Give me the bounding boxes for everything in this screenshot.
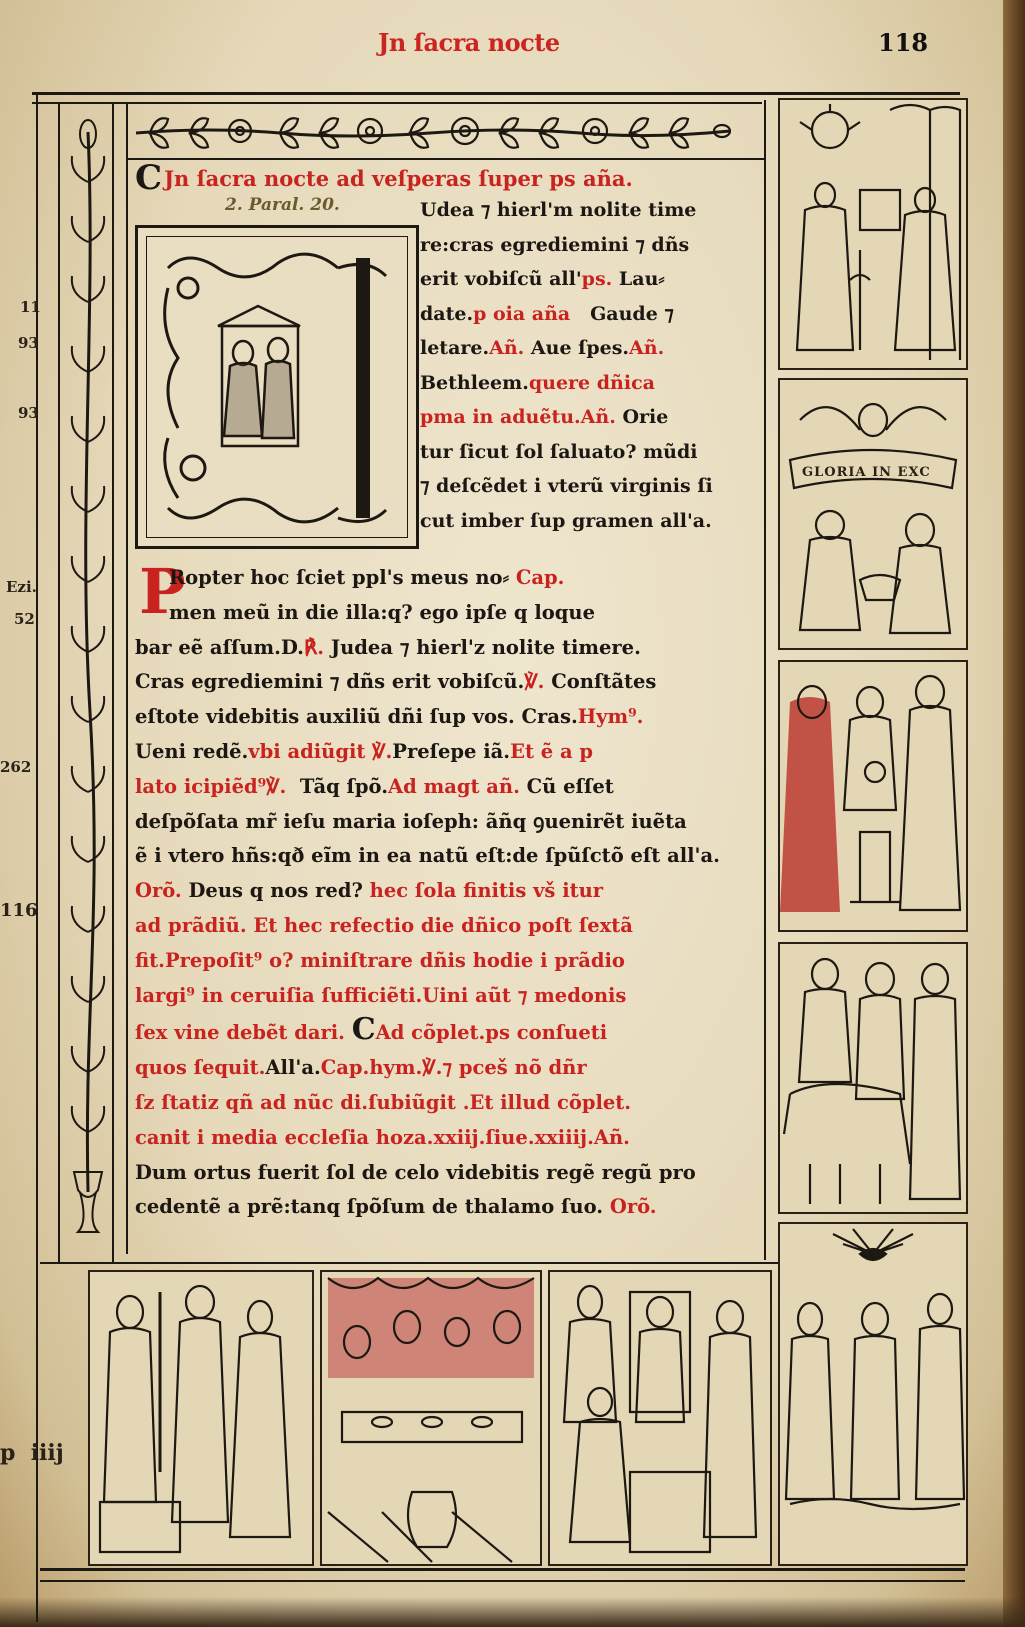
- margin-note: 262: [0, 758, 31, 776]
- banner-inscription: GLORIA IN EXC: [802, 465, 931, 480]
- historiated-initial-I: [135, 225, 419, 549]
- baptism-woodcut: [778, 1222, 968, 1566]
- text-line: Bethleem.quere dñica: [420, 366, 765, 401]
- text-line: quos ſequit.All'a.Cap.hym.℣.⁊ pceš nõ dñ…: [135, 1051, 765, 1086]
- handwritten-annotation: 2. Paral. 20.: [225, 195, 340, 215]
- presentation-woodcut: [778, 660, 968, 932]
- wedding-at-cana-woodcut: [320, 1270, 542, 1566]
- text-line: tur ſicut ſol ſaluato? mũdi: [420, 435, 765, 470]
- text-line: Dum ortus fuerit ſol de celo videbitis r…: [135, 1156, 765, 1191]
- text-column-beside-initial: Udea ⁊ hierl'm nolite time re:cras egred…: [420, 193, 765, 538]
- heading-text: Jn ſacra nocte ad veſperas ſuper ps aña.: [164, 166, 633, 191]
- text-line: ſz ſtatiz qñ ad nũc di.ſubiũgit .Et illu…: [135, 1086, 765, 1121]
- section-heading: CJn ſacra nocte ad veſperas ſuper ps aña…: [135, 163, 760, 194]
- text-line: ſex vine debẽt dari. CAd cõplet.ps conſu…: [135, 1013, 765, 1051]
- flight-into-egypt-scene-icon: [780, 944, 966, 1212]
- text-body-full-width: Ropter hoc ſciet ppl's meus no⸗ Cap. men…: [135, 561, 765, 1225]
- text-line: Ropter hoc ſciet ppl's meus no⸗ Cap.: [135, 561, 765, 596]
- text-line: Ueni redẽ.vbi adiũgit ℣.Preſepe iã.Et ẽ …: [135, 735, 765, 770]
- annunciation-woodcut: [778, 98, 968, 370]
- frame-rule-left-b: [112, 104, 114, 1264]
- frame-rule-bottom-row-bottom: [40, 1568, 965, 1571]
- text-block: CJn ſacra nocte ad veſperas ſuper ps aña…: [135, 163, 760, 194]
- angel-shepherds-scene-icon: [780, 380, 966, 648]
- pilcrow-mark: C: [135, 158, 162, 198]
- text-line: ⁊ deſcẽdet i vterũ virginis ſi: [420, 469, 765, 504]
- signature-mark: p iiij: [0, 1440, 64, 1466]
- margin-note: 93: [18, 334, 39, 352]
- text-line: letare.Añ. Aue ſpes.Añ.: [420, 331, 765, 366]
- text-line: men meũ in die illa:q? ego ipſe q loque: [135, 596, 765, 631]
- text-line: largi⁹ in ceruiſia ſufficiẽti.Uini aũt ⁊…: [135, 979, 765, 1014]
- frame-rule-left-a: [58, 104, 60, 1264]
- wedding-at-cana-scene-icon: [322, 1272, 540, 1564]
- page-bottom-shadow: [0, 1597, 1025, 1627]
- text-line: Udea ⁊ hierl'm nolite time: [420, 193, 765, 228]
- top-band-underline: [128, 158, 764, 160]
- frame-rule-left-outer: [36, 92, 38, 1622]
- annunciation-scene-icon: [780, 100, 966, 368]
- text-line: ẽ i vtero hñs:qð eĩm in ea natũ eſt:de ſ…: [135, 839, 765, 874]
- text-line: Cras egrediemini ⁊ dñs erit vobiſcũ.℣. C…: [135, 665, 765, 700]
- historiated-initial-icon: [138, 228, 416, 546]
- text-line: fit.Prepoſit⁹ o? miniſtrare dñis hodie i…: [135, 944, 765, 979]
- massacre-woodcut: [88, 1270, 314, 1566]
- margin-note: 116: [0, 900, 38, 921]
- text-line: Orõ. Deus q nos red? hec ſola finitis vš…: [135, 874, 765, 909]
- book-spine-edge: [1003, 0, 1025, 1627]
- text-line: eſtote videbitis auxiliũ dñi ſup vos. Cr…: [135, 700, 765, 735]
- floral-band-top: [130, 105, 742, 157]
- folio-number: 118: [878, 28, 928, 57]
- frame-rule-bottom-outer: [40, 1580, 965, 1582]
- massacre-scene-icon: [90, 1272, 312, 1564]
- shepherds-woodcut: GLORIA IN EXC: [778, 378, 968, 650]
- frame-rule-top-outer: [32, 92, 960, 95]
- frame-rule-top-inner: [32, 102, 762, 104]
- flight-into-egypt-woodcut: [778, 942, 968, 1214]
- margin-note: 52: [14, 610, 35, 628]
- vine-column-icon: [66, 112, 110, 1252]
- text-line: canit i media eccleſia hoza.xxiij.ſiue.x…: [135, 1121, 765, 1156]
- text-line: deſpõſata mr̃ ieſu maria ioſeph: ãñq ꝯue…: [135, 805, 765, 840]
- running-head: Jn ſacra nocte: [378, 28, 560, 57]
- margin-note: 93: [18, 404, 39, 422]
- christ-among-doctors-woodcut: [548, 1270, 772, 1566]
- text-line: bar eẽ aſſum.D.℟. Judea ⁊ hierl'z nolite…: [135, 631, 765, 666]
- text-line: pma in aduẽtu.Añ. Orie: [420, 400, 765, 435]
- text-line: lato icipiẽd⁹℣. Tãq ſpõ.Ad magt añ. Cũ e…: [135, 770, 765, 805]
- text-line: erit vobiſcũ all'ps. Lau⸗: [420, 262, 765, 297]
- margin-note: 11: [20, 298, 41, 316]
- margin-note: Ezi.: [6, 578, 37, 596]
- text-line: cut imber ſup gramen all'a.: [420, 504, 765, 539]
- christ-among-doctors-scene-icon: [550, 1272, 770, 1564]
- text-line: ad prãdiũ. Et hec refectio die dñico poſ…: [135, 909, 765, 944]
- baptism-scene-icon: [780, 1224, 966, 1564]
- text-line: re:cras egrediemini ⁊ dñs: [420, 228, 765, 263]
- text-line: date.p oia aña Gaude ⁊: [420, 297, 765, 332]
- presentation-scene-icon: [780, 662, 966, 930]
- text-line: cedentẽ a prẽ:tanq ſpõſum de thalamo ſuo…: [135, 1190, 765, 1225]
- floral-border-left: [66, 112, 110, 1252]
- frame-rule-text-left: [126, 104, 128, 1254]
- floral-vine-icon: [130, 105, 742, 157]
